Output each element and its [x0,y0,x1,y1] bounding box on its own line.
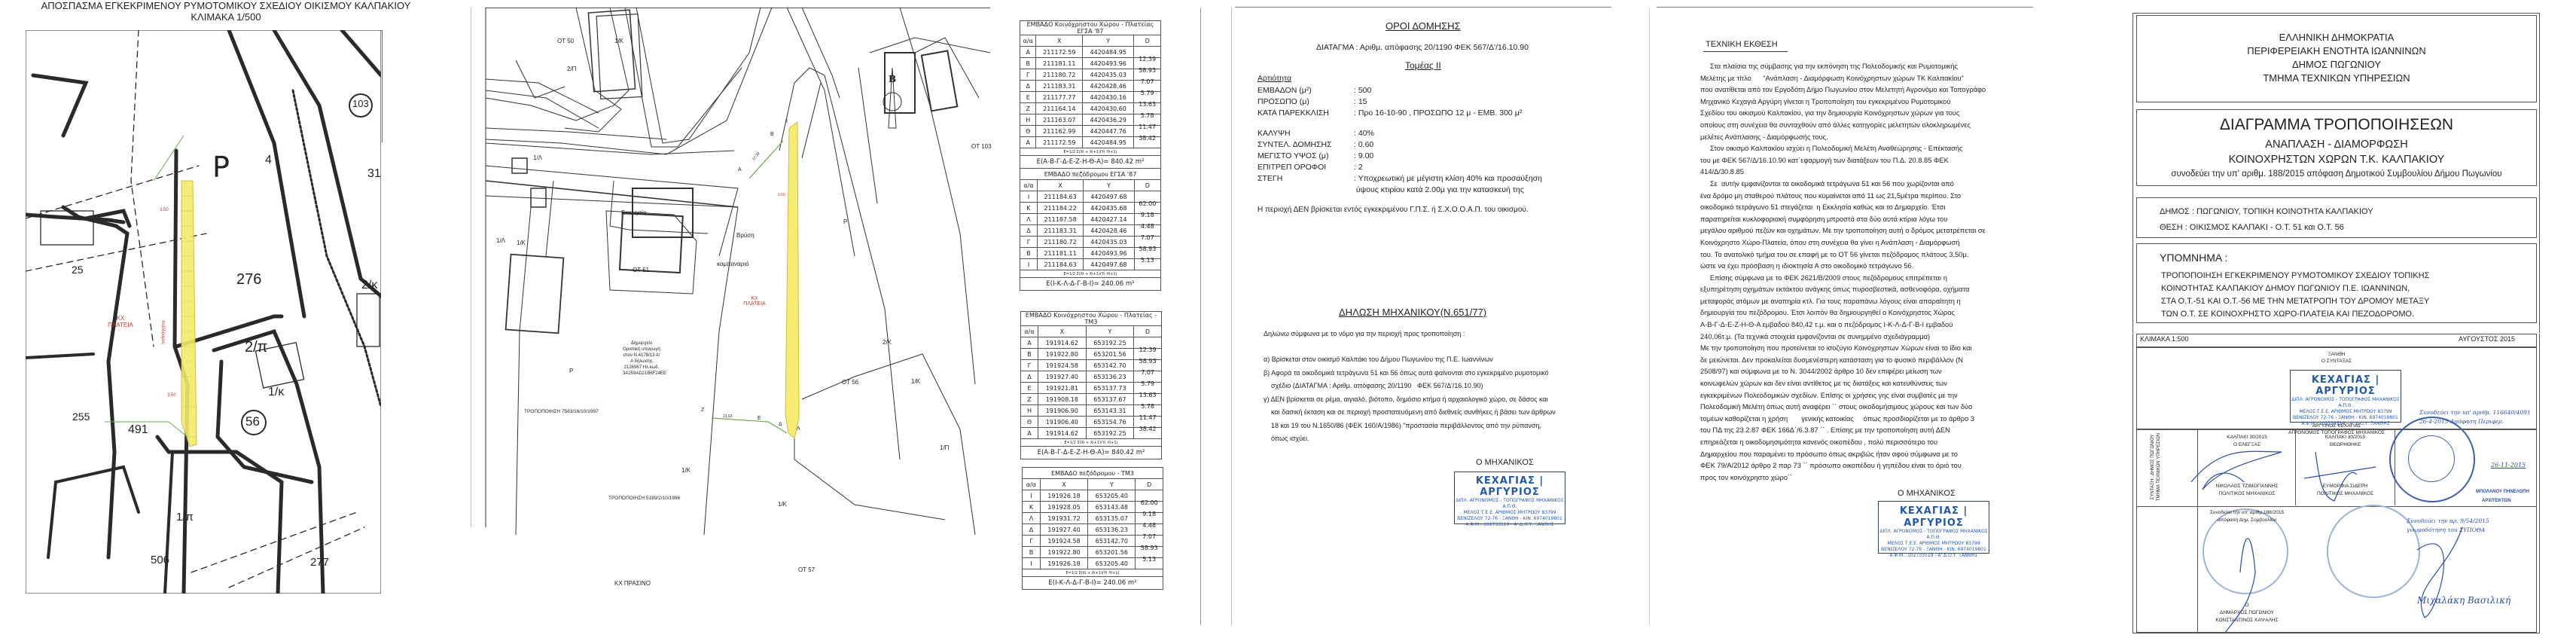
report-line: μεγάλου αριθμού πεζών και οχημάτων. Με τ… [1700,225,1986,237]
term-row: ύψους κτιρίου κατά 2.00μ για την κατασκε… [1258,185,1542,196]
report-line: εγκεκριμένων Πολεοδομικών σχεδίων. Επίση… [1700,390,1986,402]
term-row: ΚΑΤΑ ΠΑΡΕΚΚΛΙΣΗ: Προ 16-10-90 , ΠΡΟΣΩΠΟ … [1258,108,1542,119]
panel-report: ΤΕΧΝΙΚΗ ΕΚΘΕΣΗ Στα πλαίσια της σύμβασης … [1657,0,2078,641]
label-ot51: ΟΤ 51 [633,267,649,273]
label-pt-D: Δ [779,422,782,427]
term-label: ΣΤΕΓΗ [1258,173,1354,185]
term-row: ΚΑΛΥΨΗ: 40% [1258,128,1542,139]
artiotita: Αρτιότητα [1258,73,1291,84]
label-kampanario: καμπαναριό [717,261,749,267]
term-value: ύψους κτιρίου κατά 2.00μ για την κατασκε… [1354,185,1524,194]
label-p: Ρ [843,218,847,225]
term-label: ΚΑΤΑ ΠΑΡΕΚΚΛΙΣΗ [1258,108,1354,119]
coord-table-pezodromos-egsa: ΕΜΒΑΔΟ πεζόδρομου ΕΓΣΑ '87α/αΧΥDΙ211184.… [1020,168,1161,291]
report-line: Επίσης σύμφωνα με το ΦΕΚ 2621/Β/2009 στο… [1700,273,1986,285]
report-engineer-label: Ο ΜΗΧΑΝΙΚΟΣ [1898,488,1956,500]
label-1k-e: 1/Κ [778,501,787,508]
table-caption: ΕΜΒΑΔΟ Κοινόχρηστου Χώρου - Πλατείας ΕΓΣ… [1020,21,1161,35]
label-pt-E: Ε [758,416,761,421]
table-header: α/αΧΥD [1020,180,1161,191]
panel-plan-edge [471,8,471,527]
report-line: Με την τροποποίηση που προτείνεται το ισ… [1700,343,1986,355]
report-line: κοινωφελών χώρων και δεν είναι αντίθετος… [1700,378,1986,390]
sector: Τομέας ΙΙ [1405,60,1441,72]
label-1k-c: 1/Κ [911,378,920,385]
term-row: ΕΠΙΤΡΕΠ ΟΡΟΦΟΙ: 2 [1258,162,1542,173]
term-row: ΕΜΒΑΔΟΝ (μ²): 500 [1258,85,1542,96]
label-tropopoiisi-1: ΤΡΟΠΟΠΟΙΗΣΗ 7583/16/10/1997 [524,409,599,414]
label-25: 25 [72,264,84,276]
label-tropopoiisi-2: ΤΡΟΠΟΠΟΙΗΣΗ 5189/2/10/1996 [608,496,680,501]
label-2k: 2/κ [361,279,377,292]
report-line: Στον οικισμό Καλπακίου ισχύει η Πολεοδομ… [1700,143,1986,155]
label-pt-I: Ι [786,119,788,124]
table-row: Α191914.62653192.2512.39 [1021,337,1162,349]
report-line: μεταφοράς ατόμων με αναπηρία κτλ. Για το… [1700,296,1986,308]
table-row: Ι211184.634420497.6862.00 [1020,191,1161,203]
table-header: α/αΧΥD [1023,479,1163,490]
label-vrysi: Βρύση [736,232,755,239]
report-line: προς τον κοινόχρηστο χώρο΄΄ [1700,472,1986,484]
label-p-2: Ρ [569,368,573,374]
term-value: : 500 [1354,86,1371,95]
table-row: Ι191926.18653205.4062.00 [1023,490,1163,502]
label-350-top: 3.50 [160,208,169,212]
panel-divider [1231,8,1232,625]
label-pt-A: Α [738,167,742,172]
term-value: : 2 [1354,163,1363,172]
term-row: ΠΡΟΣΩΠΟ (μ): 15 [1258,96,1542,108]
label-1k-b: 1/Κ [517,240,526,246]
label-1l-b: 1/Λ [496,237,505,244]
label-kx-plateia: ΚΧ ΠΛΑΤΕΙΑ [98,315,143,328]
coord-table-plateia-egsa: ΕΜΒΑΔΟ Κοινόχρηστου Χώρου - Πλατείας ΕΓΣ… [1020,20,1161,169]
term-value: : 40% [1354,129,1374,138]
report-body: Στα πλαίσια της σύμβασης για την εκπόνησ… [1700,61,1986,484]
report-line: ένα δρόμο μη σταθερού πλάτους που κυμαίν… [1700,191,1986,203]
report-title-underline [1703,51,1788,52]
label-1k-d: 1/Κ [681,467,690,474]
report-line: επηρεάζεται η οικοδομησιμότητα κανενός ο… [1700,437,1986,449]
label-350-bottom: 3.50 [167,393,176,398]
extract-title: ΑΠΟΣΠΑΣΜΑ ΕΓΚΕΚΡΙΜΕΝΟΥ ΡΥΜΟΤΟΜΙΚΟΥ ΣΧΕΔΙ… [0,0,452,23]
term-row: ΣΥΝΤΕΛ. ΔΟΜΗΣΗΣ: 0.60 [1258,139,1542,151]
table-area: Ε(Ι-Κ-Λ-Δ-Γ-Β-Ι)= 240.06 m² [1020,278,1161,291]
table-area: Ε(Α-Β-Γ-Δ-Ε-Ζ-Η-Θ-Α)= 840.42 m² [1021,447,1162,459]
report-line: μελέτες Ανάπλασης - Διαμόρφωσής τους. [1700,132,1986,144]
report-line: Πολεοδομική Μελέτη όπως αυτή αναφέρει ΄΄… [1700,401,1986,414]
report-line: οποίους στη συνέχεια θα συνταχθούν από ά… [1700,120,1986,132]
panel-extract: ΑΠΟΣΠΑΣΜΑ ΕΓΚΕΚΡΙΜΕΝΟΥ ΡΥΜΟΤΟΜΙΚΟΥ ΣΧΕΔΙ… [0,0,459,641]
report-line: ΦΕΚ 79/Α/2012 άρθρο 2 παρ 73 ΄΄ πρόσωπο … [1700,460,1986,472]
report-line: Κοινόχρηστο Χώρο-Πλατεία, όπου στη συνέχ… [1700,237,1986,249]
report-line: τομέων καθορίζεται η χρήση γενικής κατοι… [1700,414,1986,426]
table-header: α/αΧΥD [1020,35,1161,47]
report-line: 240,06τ.μ. (Τα τεχνικά στοιχεία εμφανίζο… [1700,331,1986,343]
report-line: οικοδομικό τετράγωνο 51 στεγάζεται η Εκκ… [1700,202,1986,214]
report-line: του με ΦΕΚ 567/Δ/16.10.90 κατ΄εφαρμογή τ… [1700,155,1986,167]
table-header: α/αΧΥD [1021,326,1162,337]
label-1k: 1/κ [268,386,284,399]
report-line: του. Το ανατολικό τμήμα του σε επαφή με … [1700,249,1986,261]
declaration-item: όπως ισχύει. [1264,432,1556,446]
label-ot56: ΟΤ 56 [842,379,858,386]
panel-tables-edge-right [1200,8,1201,625]
term-row: ΣΤΕΓΗ: Υποχρεωτική με μέγιστη κλίση 40% … [1258,173,1542,185]
report-line: Μελέτης με τίτλο "Ανάπλαση - Διαμόρφωση … [1700,73,1986,85]
report-line: Α-Β-Γ-Δ-Ε-Ζ-Η-Θ-Α εμβαδού 840,42 τ.μ. κα… [1700,319,1986,331]
declaration-item: γ) ΔΕΝ βρίσκεται σε ρέμα, αιγιαλό, βιότο… [1264,393,1556,407]
label-kx-plateia: ΚΧ ΠΛΑΤΕΙΑ [739,296,770,307]
signature-scribbles [2071,0,2576,641]
term-label: ΣΥΝΤΕΛ. ΔΟΜΗΣΗΣ [1258,139,1354,151]
term-value: : 9.00 [1354,151,1373,160]
panel-terms: ΟΡΟΙ ΔΟΜΗΣΗΣ ΔΙΑΤΑΓΜΑ : Αριθμ. απόφασης … [1235,0,1657,641]
label-276: 276 [236,271,261,288]
report-line: ώστε να έχει πρόσβαση η ιδιοκτησία Α στο… [1700,261,1986,273]
diatagma: ΔΙΑΤΑΓΜΑ : Αριθμ. απόφασης 20/1190 ΦΕΚ 5… [1316,42,1529,53]
label-ot50: ΟΤ 50 [557,38,574,44]
report-line: Δημαρχείου που παραμένει το πρόσωπο όπως… [1700,449,1986,461]
label-pt-Z: Ζ [701,407,704,413]
label-1k-top: 1/Κ [614,38,623,44]
label-ot57: ΟΤ 57 [798,566,815,573]
report-line: του ΠΔ της 23.2.87 ΦΕΚ 166Δ΄/6.3.87 ΄΄ .… [1700,425,1986,437]
panel-titleblock: ΕΛΛΗΝΙΚΗ ΔΗΜΟΚΡΑΤΙΑ ΠΕΡΙΦΕΡΕΙΑΚΗ ΕΝΟΤΗΤΑ… [2071,0,2576,641]
report-line: 2508/97) και σύμφωνα με το Ν. 3044/2002 … [1700,366,1986,378]
coord-table-plateia-tm3: ΕΜΒΑΔΟ Κοινόχρηστου Χώρου - Πλατείας - Τ… [1020,311,1162,459]
label-north: Β [889,74,896,84]
label-491: 491 [128,423,148,437]
term-label: ΕΠΙΤΡΕΠ ΟΡΟΦΟΙ [1258,162,1354,173]
term-value: : 0.60 [1354,140,1373,149]
table-row: Α211172.594420484.9512.39 [1020,47,1161,58]
label-506: 506 [151,554,169,566]
declaration-intro: Δηλώνω σύμφωνα με το νόμο για την περιοχ… [1264,328,1465,340]
report-line: Στα πλαίσια της σύμβασης για την εκπόνησ… [1700,61,1986,73]
term-label: ΠΡΟΣΩΠΟ (μ) [1258,96,1354,108]
engineer-stamp: ΚΕΧΑΓΙΑΣ | ΑΡΓΥΡΙΟΣ ΔΙΠΛ. ΑΓΡΟΝΟΜΟΣ - ΤΟ… [1454,472,1565,524]
table-area: Ε(Α-Β-Γ-Δ-Ε-Ζ-Η-Θ-Α)= 840.42 m² [1020,156,1161,169]
term-row: ΜΕΓΙΣΤΟ ΥΨΟΣ (μ): 9.00 [1258,151,1542,162]
label-1p: 1/Π [940,444,949,451]
declaration-item: 18 και 19 του Ν.1650/86 (ΦΕΚ 160/Α/1986)… [1264,420,1556,433]
report-line: Σχεδίου του οικισμού Καλπακίου, για την … [1700,108,1986,120]
plan-overlay [478,8,990,535]
gps-note: Η περιοχή ΔΕΝ βρίσκεται εντός εγκεκριμέν… [1258,205,1529,216]
label-p: P [212,151,230,184]
label-ekklisia: Εκκλησία [621,209,646,216]
report-title: ΤΕΧΝΙΚΗ ΕΚΘΕΣΗ [1706,39,1778,51]
label-dimarxeio: Δημαρχείο Οριστική υπαγωγή στον Ν.4178/1… [623,340,660,377]
label-103: 103 [352,98,369,109]
report-line: δημιουργία του πεζόδρομου. Έτσι λοιπόν θ… [1700,307,1986,319]
label-dim-1363: 13.63 [723,414,733,419]
terms-list: ΕΜΒΑΔΟΝ (μ²): 500ΠΡΟΣΩΠΟ (μ): 15ΚΑΤΑ ΠΑΡ… [1258,85,1542,196]
panel-divider-2 [1649,8,1650,625]
report-line: δε μειώνεται. Δεν προκαλείται δυσμενέστε… [1700,355,1986,367]
report-line: 414/Δ/30.8.85 [1700,166,1986,179]
report-line: Μηχανικό Κεχαγιά Αργύρη γίνεται η Τροποπ… [1700,96,1986,108]
label-56: 56 [245,414,260,429]
term-value: : Προ 16-10-90 , ΠΡΟΣΩΠΟ 12 μ - ΕΜΒ. 300… [1354,108,1522,118]
declaration-item: και δασική έκταση και σε περιοχή προστατ… [1264,406,1556,420]
label-pt-L: Λ [797,426,800,432]
declaration-item: σχέδιο (ΔΙΑΤΑΓΜΑ : Αριθμ. απόφασης 20/11… [1264,380,1556,393]
panel-terms-top-rule [1235,7,1611,8]
label-255: 255 [72,411,90,423]
label-4: 4 [265,154,272,167]
label-277: 277 [310,556,329,569]
label-2p: 2/π [245,339,267,356]
label-pt-B: Β [770,132,774,137]
panel-report-top-rule [1657,7,2033,8]
label-1p: 1/π [176,511,194,523]
coord-table-pezodromos-tm3: ΕΜΒΑΔΟ πεζόδρομου - ΤΜ3α/αΧΥDΙ191926.186… [1022,467,1163,590]
table-caption: ΕΜΒΑΔΟ πεζόδρομου - ΤΜ3 [1023,468,1163,479]
term-label: ΚΑΛΥΨΗ [1258,128,1354,139]
engineer-label: Ο ΜΗΧΑΝΙΚΟΣ [1476,457,1534,469]
plan-pedestrian-strip [785,122,799,438]
table-area: Ε(Ι-Κ-Λ-Δ-Γ-Β-Ι)= 240.06 m² [1023,577,1163,590]
label-1l-a: 1/Λ [533,154,542,161]
label-dim-350: 3.50 [778,193,785,197]
panel-plan: ΟΤ 50 2/Π 1/Κ ΟΤ 103 1/Λ 1/Λ 1/Κ Εκκλησί… [467,0,994,641]
report-line: παρατηρείται κυκλοφοριακή συμφόρηση μπρο… [1700,214,1986,226]
panel-tables: ΕΜΒΑΔΟ Κοινόχρηστου Χώρου - Πλατείας ΕΓΣ… [992,0,1218,641]
term-value: : Υποχρεωτική με μέγιστη κλίση 40% και π… [1354,174,1542,183]
label-2k: 2/Κ [883,339,892,346]
term-value: : 15 [1354,97,1367,106]
table-caption: ΕΜΒΑΔΟ πεζόδρομου ΕΓΣΑ '87 [1020,169,1161,180]
report-engineer-stamp: ΚΕΧΑΓΙΑΣ | ΑΡΓΥΡΙΟΣ ΔΙΠΛ. ΑΓΡΟΝΟΜΟΣ - ΤΟ… [1878,501,1989,554]
terms-title: ΟΡΟΙ ΔΟΜΗΣΗΣ [1386,21,1461,32]
term-label: ΕΜΒΑΔΟΝ (μ²) [1258,85,1354,96]
report-line: εξυπηρέτηση οχημάτων εκτάκτου ανάγκης όπ… [1700,284,1986,296]
declaration-item: α) Βρίσκεται στον οικισμό Καλπάκι του Δή… [1264,353,1556,367]
declaration-title: ΔΗΛΩΣΗ ΜΗΧΑΝΙΚΟΥ(Ν.651/77) [1339,307,1486,319]
extract-map-drawing [26,30,381,594]
term-label: ΜΕΓΙΣΤΟ ΥΨΟΣ (μ) [1258,151,1354,162]
declaration-list: α) Βρίσκεται στον οικισμό Καλπάκι του Δή… [1264,353,1556,446]
declaration-item: β) Αφορά τα οικοδομικά τετράγωνα 51 και … [1264,367,1556,380]
report-line: που ανατίθεται από τον Εργοδότη Δήμο Πωγ… [1700,84,1986,96]
label-kx-prasino: ΚΧ ΠΡΑΣΙΝΟ [614,580,651,587]
report-line: Σε αυτήν εμφανίζονται τα οικοδομικά τετρ… [1700,179,1986,191]
label-31: 31 [367,167,381,181]
label-pezodromos: πεζόδρομος [160,320,165,344]
table-caption: ΕΜΒΑΔΟ Κοινόχρηστου Χώρου - Πλατείας - Τ… [1021,312,1162,326]
label-2p: 2/Π [567,66,576,72]
label-ot103: ΟΤ 103 [971,143,992,150]
